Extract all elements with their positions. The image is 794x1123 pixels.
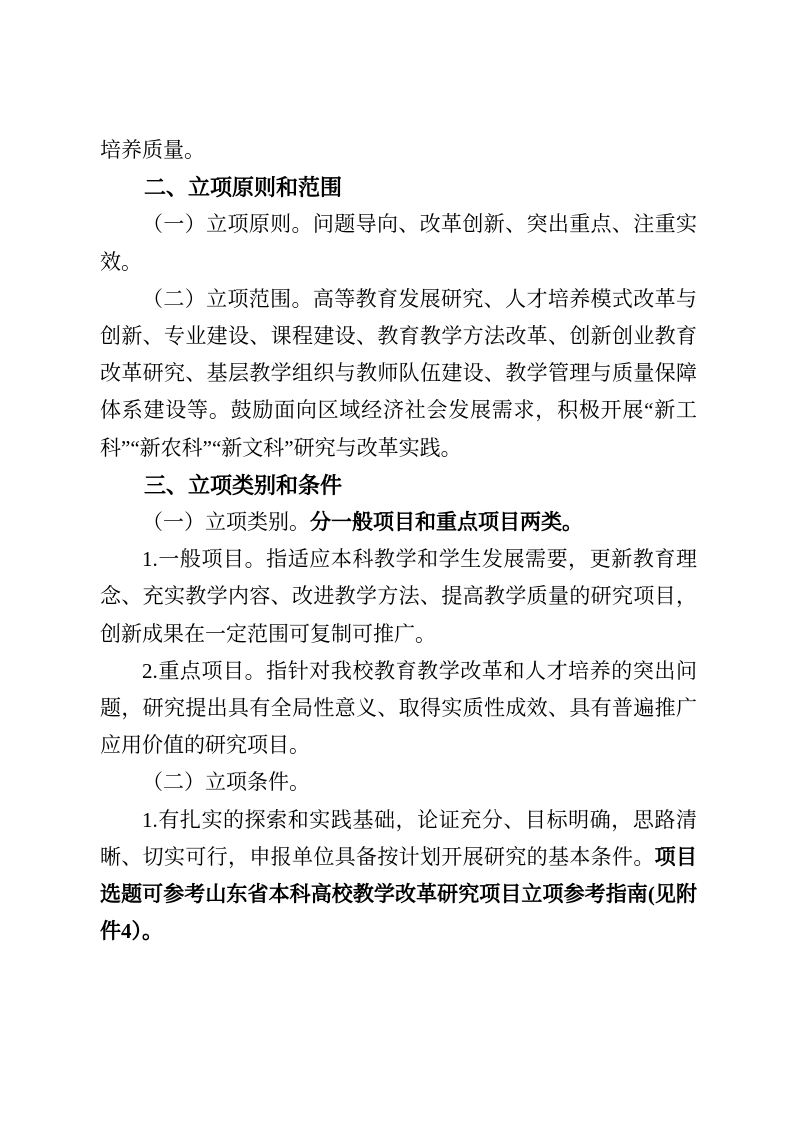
text-run: （一）立项类别。	[142, 510, 310, 534]
paragraph-project-principles: （一）立项原则。问题导向、改革创新、突出重点、注重实效。	[100, 206, 697, 280]
text-run: （二）立项范围。高等教育发展研究、人才培养模式改革与创新、专业建设、课程建设、教…	[100, 287, 697, 460]
text-run-bold: 分一般项目和重点项目两类。	[310, 510, 583, 534]
heading-section-3: 三、立项类别和条件	[100, 467, 697, 504]
text-run: （一）立项原则。问题导向、改革创新、突出重点、注重实效。	[100, 212, 697, 273]
page: 培养质量。 二、立项原则和范围 （一）立项原则。问题导向、改革创新、突出重点、注…	[0, 0, 794, 1123]
paragraph-project-categories: （一）立项类别。分一般项目和重点项目两类。	[100, 504, 697, 541]
text-run: 1.一般项目。指适应本科教学和学生发展需要，更新教育理念、充实教学内容、改进教学…	[100, 547, 697, 645]
document-page: { "document": { "language": "zh-CN", "te…	[0, 0, 794, 1123]
paragraph-key-projects: 2.重点项目。指针对我校教育教学改革和人才培养的突出问题，研究提出具有全局性意义…	[100, 653, 697, 765]
heading-section-2: 二、立项原则和范围	[100, 169, 697, 206]
text-run: （二）立项条件。	[142, 770, 310, 794]
document-body: 培养质量。 二、立项原则和范围 （一）立项原则。问题导向、改革创新、突出重点、注…	[100, 132, 697, 950]
paragraph-general-projects: 1.一般项目。指适应本科教学和学生发展需要，更新教育理念、充实教学内容、改进教学…	[100, 541, 697, 653]
paragraph-condition-1: 1.有扎实的探索和实践基础，论证充分、目标明确，思路清晰、切实可行，申报单位具备…	[100, 802, 697, 951]
text-run: 二、立项原则和范围	[144, 175, 342, 200]
paragraph-project-conditions: （二）立项条件。	[100, 764, 697, 801]
text-run: 1.有扎实的探索和实践基础，论证充分、目标明确，思路清晰、切实可行，申报单位具备…	[100, 808, 697, 869]
paragraph-carryover: 培养质量。	[100, 132, 697, 169]
paragraph-project-scope: （二）立项范围。高等教育发展研究、人才培养模式改革与创新、专业建设、课程建设、教…	[100, 281, 697, 467]
text-run: 三、立项类别和条件	[144, 473, 342, 498]
text-run: 2.重点项目。指针对我校教育教学改革和人才培养的突出问题，研究提出具有全局性意义…	[100, 659, 697, 757]
text-run: 培养质量。	[100, 138, 205, 162]
